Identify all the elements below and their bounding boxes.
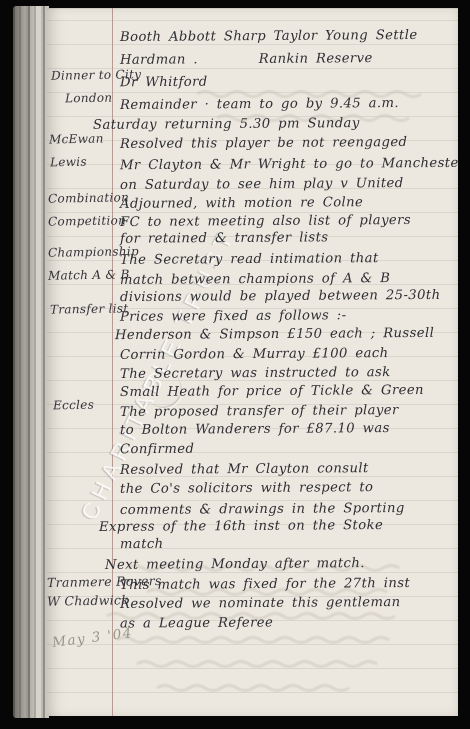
manuscript-line: Resolved we nominate this gentleman xyxy=(120,595,401,613)
margin-note: W Chadwick xyxy=(47,593,129,608)
minute-book-page: CHARITABLE TRUST Dinner to City London M… xyxy=(47,8,458,716)
manuscript-line: for retained & transfer lists xyxy=(120,230,329,247)
manuscript-line: Resolved this player be not reengaged xyxy=(120,135,407,153)
manuscript-line: divisions would be played between 25-30t… xyxy=(120,288,441,306)
manuscript-line: Corrin Gordon & Murray £100 each xyxy=(120,346,389,364)
manuscript-line: Adjourned, with motion re Colne xyxy=(120,195,363,213)
margin-note: Transfer list xyxy=(50,301,129,316)
manuscript-line: Saturday returning 5.30 pm Sunday xyxy=(93,116,360,134)
margin-note: Eccles xyxy=(53,398,94,413)
manuscript-line: Small Heath for price of Tickle & Green xyxy=(120,383,424,401)
margin-note: Lewis xyxy=(50,155,87,170)
manuscript-line: This match was fixed for the 27th inst xyxy=(120,576,410,594)
manuscript-line: Next meeting Monday after match. xyxy=(105,556,365,574)
manuscript-line: match xyxy=(120,537,164,553)
manuscript-line: Booth Abbott Sharp Taylor Young Settle xyxy=(120,28,418,46)
red-margin-rule xyxy=(112,8,113,716)
manuscript-line: Resolved that Mr Clayton consult xyxy=(120,461,369,479)
manuscript-line: The Secretary was instructed to ask xyxy=(120,365,391,383)
manuscript-line: Henderson & Simpson £150 each ; Russell xyxy=(115,326,434,344)
manuscript-line: Express of the 16th inst on the Stoke xyxy=(99,518,383,536)
manuscript-line: on Saturday to see him play v United xyxy=(120,176,404,194)
manuscript-line: The proposed transfer of their player xyxy=(120,403,399,421)
margin-note: Match A & B xyxy=(48,267,130,282)
manuscript-line: to Bolton Wanderers for £87.10 was xyxy=(120,421,390,439)
manuscript-line: FC to next meeting also list of players xyxy=(120,213,411,231)
manuscript-line: Mr Clayton & Mr Wright to go to Manchest… xyxy=(120,156,458,174)
manuscript-line: the Co's solicitors with respect to xyxy=(120,480,373,498)
manuscript-line: match between champions of A & B xyxy=(120,271,390,289)
manuscript-line: Hardman . Rankin Reserve xyxy=(120,51,373,69)
manuscript-line: Prices were fixed as follows :- xyxy=(120,308,347,326)
manuscript-line: comments & drawings in the Sporting xyxy=(120,501,405,519)
manuscript-line: Remainder · team to go by 9.45 a.m. xyxy=(120,96,399,114)
book-binding-edge xyxy=(13,6,49,718)
margin-note: Combination xyxy=(48,190,129,205)
manuscript-line: as a League Referee xyxy=(120,615,273,632)
margin-note: Competition xyxy=(48,213,126,228)
margin-note: London xyxy=(65,91,113,106)
ledger-photo: CHARITABLE TRUST Dinner to City London M… xyxy=(0,0,470,729)
manuscript-line: Dr Whitford xyxy=(120,75,208,92)
manuscript-line: Confirmed xyxy=(120,442,194,459)
manuscript-line: The Secretary read intimation that xyxy=(120,251,379,269)
